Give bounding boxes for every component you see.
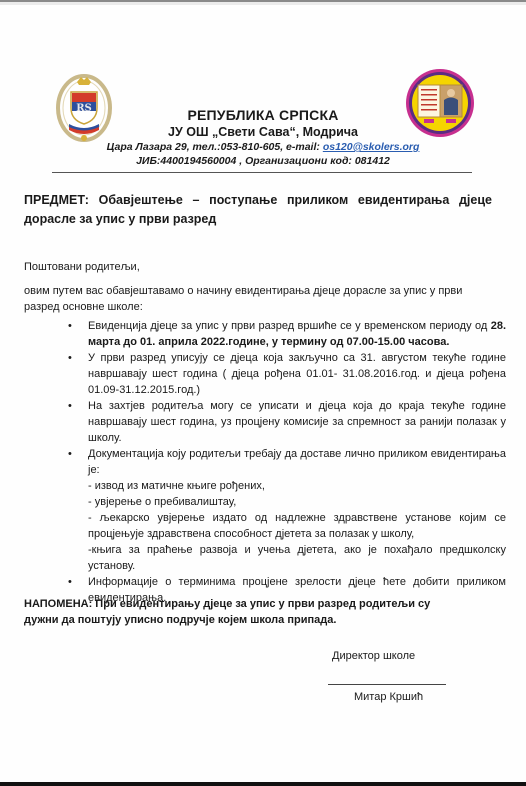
list-item: • У први разред уписују се дјеца која за… [74,350,506,398]
bullet-icon: • [68,574,72,590]
subject-heading: ПРЕДМЕТ: Обавјештење – поступање прилико… [24,191,492,229]
list-item: • На захтјев родитеља могу се уписати и … [74,398,506,446]
bullet-icon: • [68,350,72,366]
signatory-name: Митар Кршић [354,691,458,703]
greeting: Поштовани родитељи, [24,261,140,273]
list-item: • Евиденција дјеце за упис у први разред… [74,318,506,350]
list-item-text: На захтјев родитеља могу се уписати и дј… [88,400,506,444]
page-top-shadow [0,2,526,5]
signature-line [328,684,446,685]
document-item: - увјерење о пребивалиштау, [88,494,506,510]
document-item: - љекарско увјерење издато од надлежне з… [88,510,506,542]
list-item: • Документација коју родитељи требају да… [74,446,506,574]
info-list: • Евиденција дјеце за упис у први разред… [74,318,506,606]
list-item-text: У први разред уписују се дјеца која закљ… [88,352,506,396]
note-paragraph: НАПОМЕНА: При евидентирању дјеце за упис… [24,596,464,628]
header-divider [52,172,472,173]
school-address: Цара Лазара 29, тел.:053-810-605, e-mail… [0,140,526,154]
school-ids: ЈИБ:4400194560004 , Организациони код: 0… [0,154,526,168]
intro-paragraph: овим путем вас обавјештавамо о начину ев… [24,283,466,315]
bullet-icon: • [68,446,72,462]
address-text: Цара Лазара 29, тел.:053-810-605, e-mail… [107,141,323,153]
school-name: ЈУ ОШ „Свети Сава“, Модрича [0,124,526,140]
bullet-icon: • [68,398,72,414]
list-item-text: Евиденција дјеце за упис у први разред в… [88,320,491,332]
signatory-title: Директор школе [332,650,458,662]
country-name: РЕПУБЛИКА СРПСКА [0,106,526,124]
letterhead: РЕПУБЛИКА СРПСКА ЈУ ОШ „Свети Сава“, Мод… [0,106,526,168]
subject-line-1: ПРЕДМЕТ: Обавјештење – поступање прилико… [24,191,492,210]
bullet-icon: • [68,318,72,334]
page-bottom-edge [0,782,526,786]
list-item-text: Документација коју родитељи требају да д… [88,448,506,476]
document-item: - извод из матичне књиге рођених, [88,478,506,494]
subject-line-2: дорасле за упис у први разред [24,212,216,226]
email-link[interactable]: os120@skolers.org [323,141,420,153]
signature-block: Директор школе Митар Кршић [318,650,458,703]
document-item: -књига за праћење развоја и учења дјетет… [88,542,506,574]
